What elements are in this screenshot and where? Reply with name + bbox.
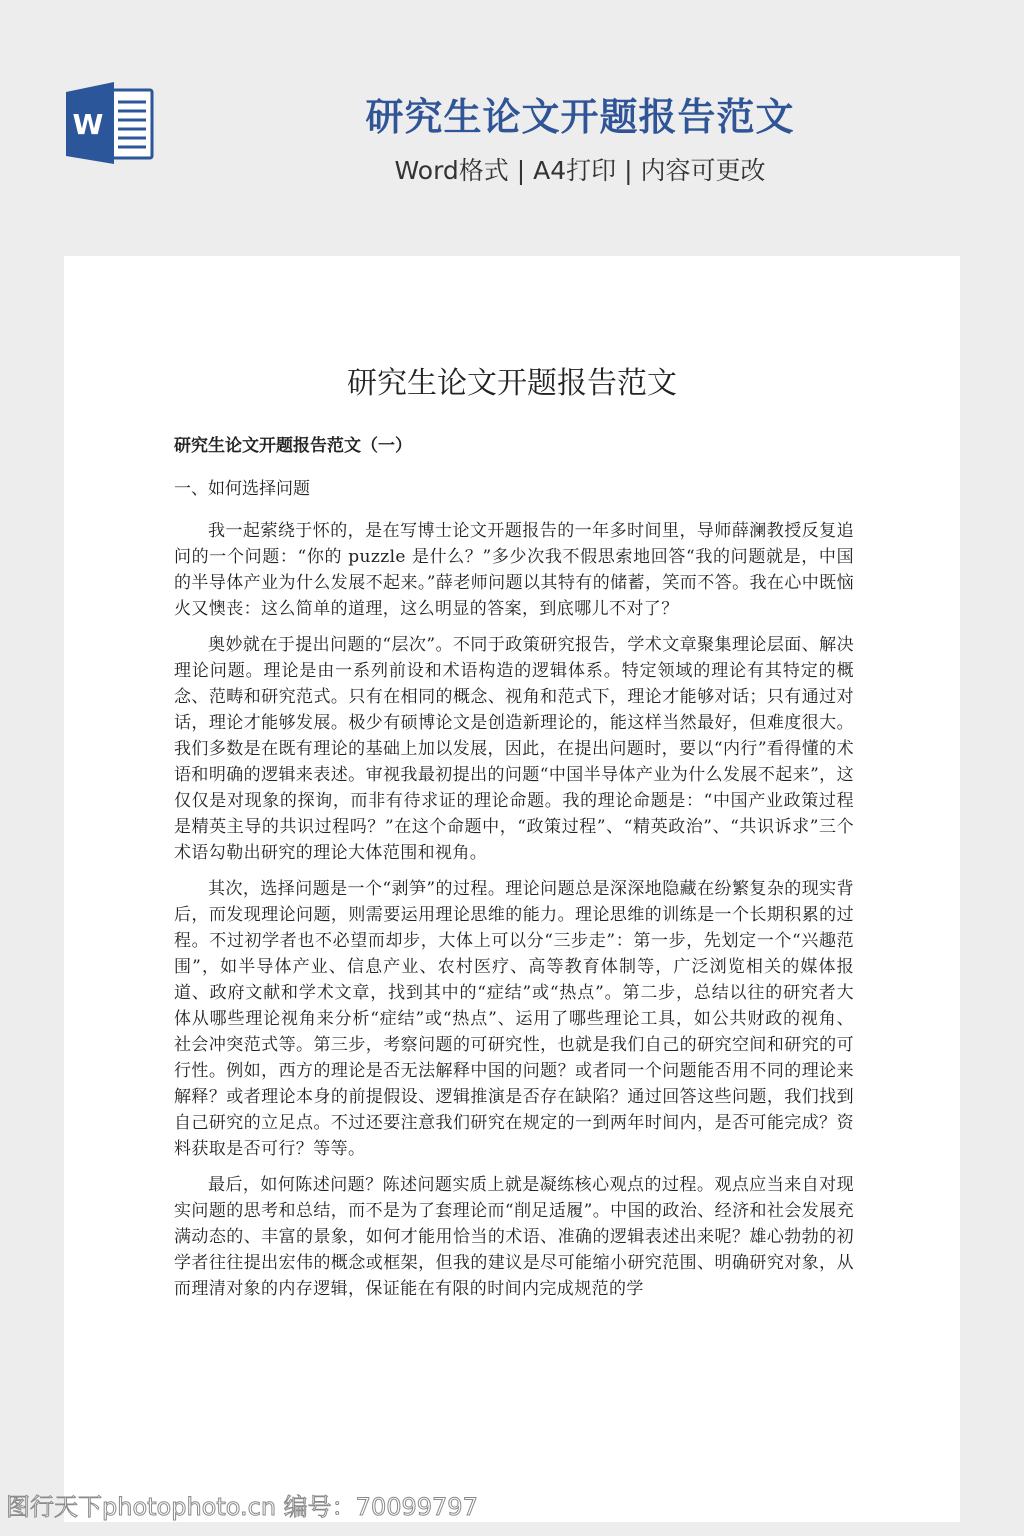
document-sub-heading: 研究生论文开题报告范文（一） [174,432,854,460]
document-page: 研究生论文开题报告范文 研究生论文开题报告范文（一） 一、如何选择问题 我一起萦… [64,256,960,1522]
document-body: 研究生论文开题报告范文（一） 一、如何选择问题 我一起萦绕于怀的，是在写博士论文… [174,432,854,1312]
paragraph: 奥妙就在于提出问题的“层次”。不同于政策研究报告，学术文章聚集理论层面、解决理论… [174,632,854,866]
header-subtitle: Word格式 | A4打印 | 内容可更改 [300,153,860,189]
watermark: 图行天下photophoto.cn 编号：70099797 [6,1492,478,1522]
paragraph: 其次，选择问题是一个“剥笋”的过程。理论问题总是深深地隐藏在纷繁复杂的现实背后，… [174,876,854,1162]
header-banner: W 研究生论文开题报告范文 Word格式 | A4打印 | 内容可更改 [0,0,1024,256]
word-document-icon: W [64,82,156,164]
paragraph: 我一起萦绕于怀的，是在写博士论文开题报告的一年多时间里，导师薛澜教授反复追问的一… [174,518,854,622]
svg-text:W: W [73,108,104,141]
paragraph: 最后，如何陈述问题？陈述问题实质上就是凝练核心观点的过程。观点应当来自对现实问题… [174,1172,854,1302]
section-heading: 一、如何选择问题 [174,475,854,503]
document-title: 研究生论文开题报告范文 [64,364,960,404]
header-title: 研究生论文开题报告范文 [300,92,860,142]
